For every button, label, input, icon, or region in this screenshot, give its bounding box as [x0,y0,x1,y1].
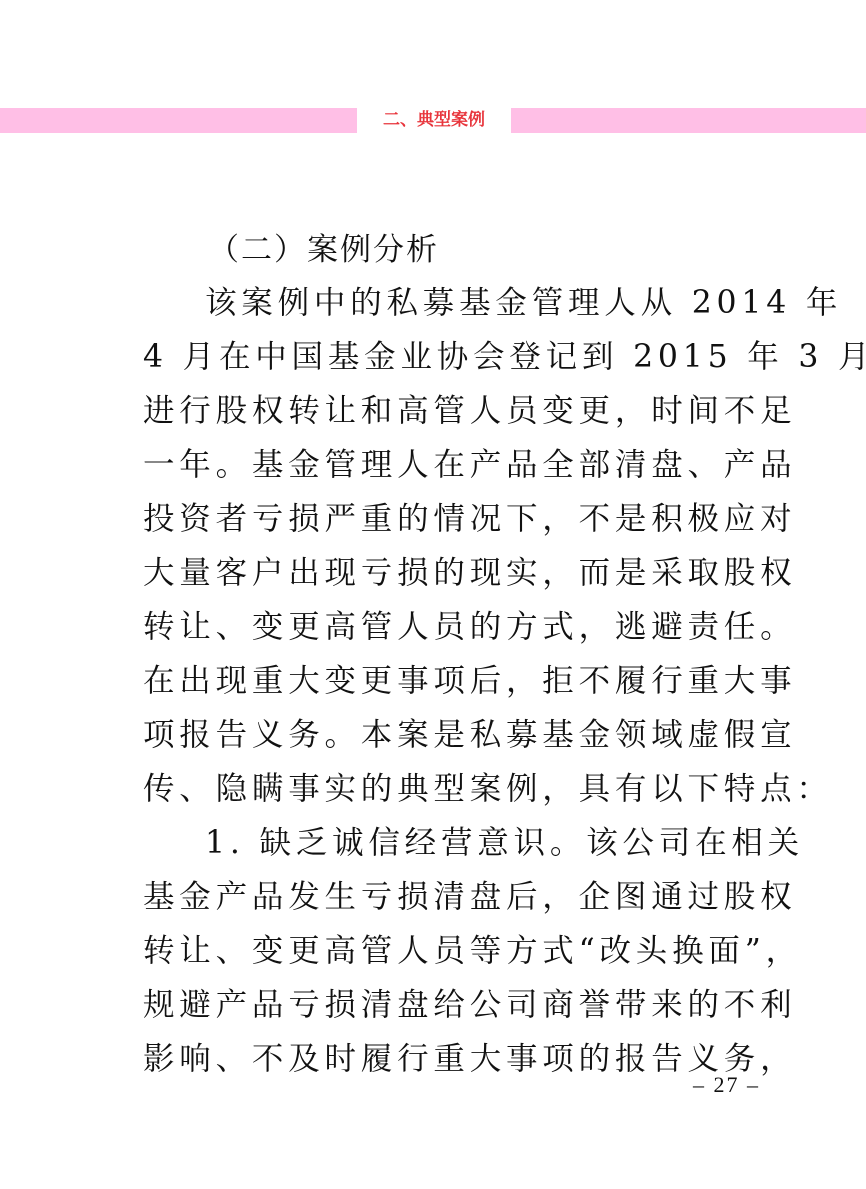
text-line: 在出现重大变更事项后，拒不履行重大事 [143,654,743,708]
page-number: – 27 – [693,1072,760,1098]
text-line: 传、隐瞒事实的典型案例，具有以下特点： [143,762,743,816]
text-line: 规避产品亏损清盘给公司商誉带来的不利 [143,978,743,1032]
body-text: 该案例中的私募基金管理人从 2014 年 4 月在中国基金业协会登记到 2015… [143,276,743,1086]
text-line: 1. 缺乏诚信经营意识。该公司在相关 [143,816,743,870]
text-line: 转让、变更高管人员等方式“改头换面”， [143,924,743,978]
header-band-left [0,108,357,133]
header-band-right [511,108,866,133]
section-label: 二、典型案例 [357,107,511,134]
text-line: 基金产品发生亏损清盘后，企图通过股权 [143,870,743,924]
text-line: 影响、不及时履行重大事项的报告义务， [143,1032,743,1086]
text-line: 大量客户出现亏损的现实，而是采取股权 [143,546,743,600]
text-line: 4 月在中国基金业协会登记到 2015 年 3 月 [143,330,743,384]
text-line: 一年。基金管理人在产品全部清盘、产品 [143,438,743,492]
text-line: 该案例中的私募基金管理人从 2014 年 [143,276,743,330]
text-line: 投资者亏损严重的情况下，不是积极应对 [143,492,743,546]
text-line: 转让、变更高管人员的方式，逃避责任。 [143,600,743,654]
section-heading: （二）案例分析 [208,224,439,269]
text-line: 项报告义务。本案是私募基金领域虚假宣 [143,708,743,762]
text-line: 进行股权转让和高管人员变更，时间不足 [143,384,743,438]
